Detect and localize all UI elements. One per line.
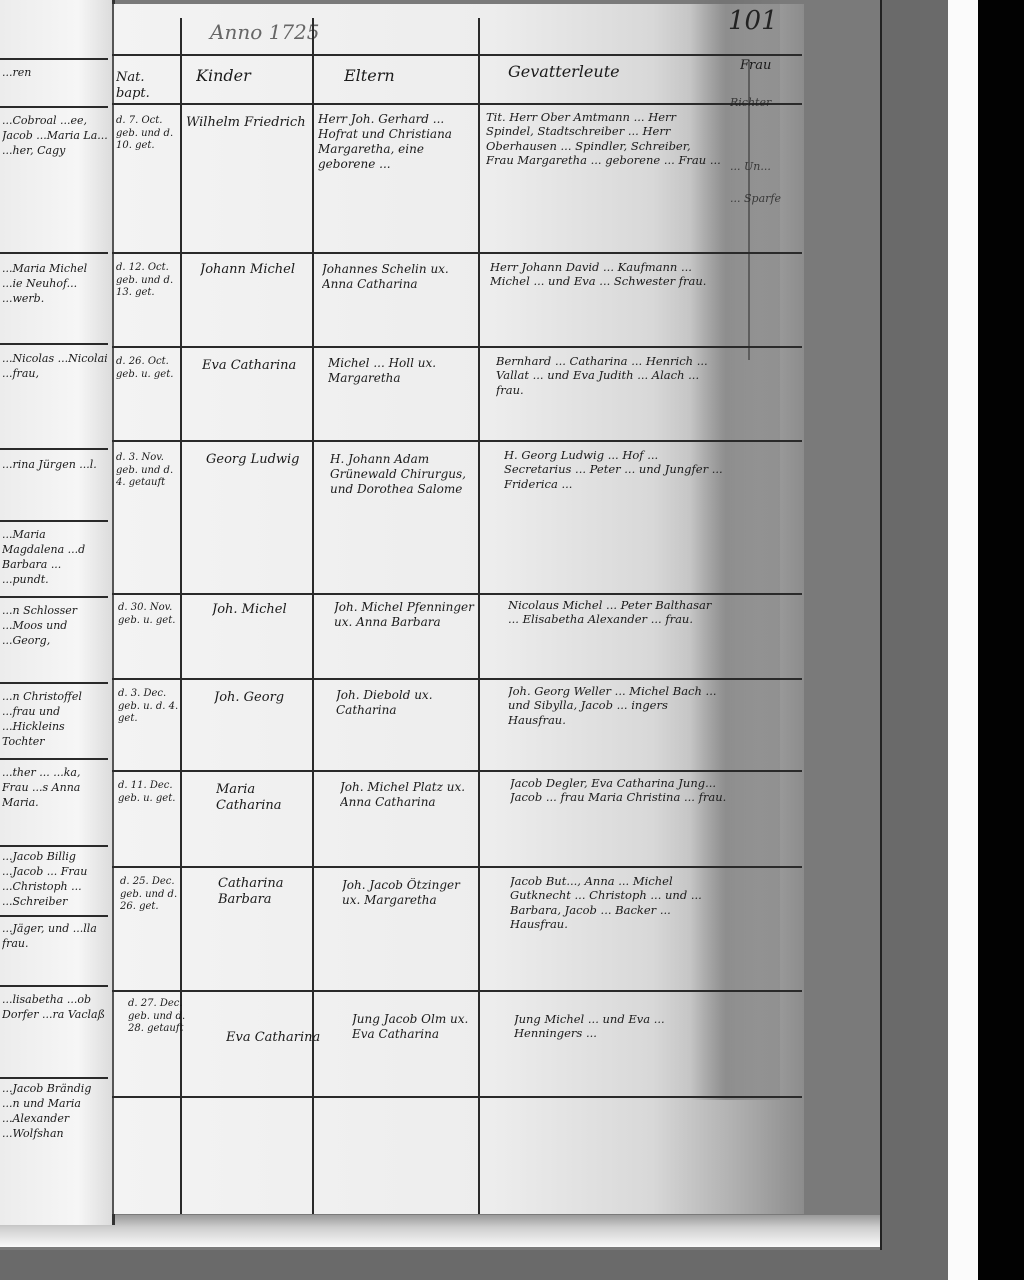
row-rule: [112, 990, 802, 992]
entry-child: Georg Ludwig: [206, 452, 310, 587]
entry-date: d. 11. Dec. geb. u. get.: [118, 780, 180, 862]
left-fragment: ...Jäger, und ...lla frau.: [2, 922, 110, 982]
entry-date: d. 3. Nov. geb. und d. 4. getauft: [116, 452, 178, 587]
row-rule: [112, 54, 802, 56]
entry-sponsors: Nicolaus Michel ... Peter Balthasar ... …: [508, 598, 726, 674]
left-fragment: ...Cobroal ...ee, Jacob ...Maria La... .…: [2, 114, 110, 244]
entry-parents: H. Johann Adam Grünewald Chirurgus, und …: [330, 452, 476, 587]
left-rule: [0, 520, 108, 522]
left-rule: [0, 985, 108, 987]
left-fragment: ...n Christoffel ...frau und ...Hicklein…: [2, 690, 110, 754]
row-rule: [112, 252, 802, 254]
right-fragment: ... Sparfe: [730, 192, 802, 222]
right-fragment: ... Un...: [730, 160, 802, 190]
left-rule: [0, 343, 108, 345]
left-fragment: ...n Schlosser ...Moos und ...Georg,: [2, 604, 110, 678]
left-fragment: ...lisabetha ...ob Dorfer ...ra Vaclaß: [2, 993, 110, 1073]
header-right-fragment: Frau: [740, 58, 800, 74]
left-rule: [0, 106, 108, 108]
entry-child: Johann Michel: [200, 262, 310, 342]
left-rule: [0, 252, 108, 254]
entry-sponsors: Tit. Herr Ober Amtmann ... Herr Spindel,…: [486, 110, 722, 248]
left-rule: [0, 596, 108, 598]
header-children: Kinder: [196, 66, 308, 86]
entry-child: Maria Catharina: [216, 782, 312, 862]
entry-parents: Michel ... Holl ux. Margaretha: [328, 356, 474, 436]
row-rule: [112, 346, 802, 348]
entry-parents: Herr Joh. Gerhard ... Hofrat und Christi…: [318, 112, 474, 247]
entry-sponsors: H. Georg Ludwig ... Hof ... Secretarius …: [504, 448, 726, 588]
scanner-edge-black: [978, 0, 1024, 1280]
row-rule: [112, 103, 802, 105]
entry-date: d. 26. Oct. geb. u. get.: [116, 356, 178, 436]
entry-parents: Johannes Schelin ux. Anna Catharina: [322, 262, 474, 342]
left-fragment: ...ther ... ...ka, Frau ...s Anna Maria.: [2, 766, 110, 840]
entry-child: Eva Catharina: [226, 1030, 322, 1090]
entry-parents: Joh. Diebold ux. Catharina: [336, 688, 476, 766]
entry-sponsors: Jacob Degler, Eva Catharina Jung... Jaco…: [510, 776, 728, 862]
left-fragment: ...ren: [2, 66, 110, 81]
header-sponsors: Gevatterleute: [508, 62, 728, 82]
left-rule: [0, 915, 108, 917]
left-rule: [0, 845, 108, 847]
row-rule: [112, 678, 802, 680]
header-date: Nat. bapt.: [116, 70, 178, 103]
entry-parents: Joh. Jacob Ötzinger ux. Margaretha: [342, 878, 480, 986]
left-fragment: ...Maria Magdalena ...d Barbara ... ...p…: [2, 528, 110, 592]
entry-date: d. 27. Dec. geb. und d. 28. getauft: [128, 998, 190, 1092]
entry-child: Joh. Michel: [212, 602, 310, 674]
left-fragment: ...Maria Michel ...ie Neuhof... ...werb.: [2, 262, 110, 340]
entry-child: Wilhelm Friedrich: [186, 115, 308, 245]
right-fragment: Richter: [730, 96, 802, 126]
left-page: ...ren ...Cobroal ...ee, Jacob ...Maria …: [0, 0, 115, 1225]
entry-date: d. 12. Oct. geb. und d. 13. get.: [116, 262, 178, 342]
entry-date: d. 30. Nov. geb. u. get.: [118, 602, 180, 674]
header-parents: Eltern: [344, 66, 474, 86]
left-rule: [0, 682, 108, 684]
row-rule: [112, 1096, 802, 1098]
left-rule: [0, 1077, 108, 1079]
entry-child: Joh. Georg: [214, 690, 310, 766]
left-rule: [0, 758, 108, 760]
entry-parents: Joh. Michel Platz ux. Anna Catharina: [340, 780, 478, 862]
entry-date: d. 7. Oct. geb. und d. 10. get.: [116, 115, 178, 245]
row-rule: [112, 593, 802, 595]
left-rule: [0, 448, 108, 450]
row-rule: [112, 866, 802, 868]
entry-sponsors: Bernhard ... Catharina ... Henrich ... V…: [496, 354, 724, 438]
entry-child: Catharina Barbara: [218, 876, 314, 986]
entry-date: d. 3. Dec. geb. u. d. 4. get.: [118, 688, 180, 766]
row-rule: [112, 770, 802, 772]
left-fragment: ...Jacob Brändig ...n und Maria ...Alexa…: [2, 1082, 110, 1172]
left-fragment: ...Nicolas ...Nicolai ...frau,: [2, 352, 110, 442]
entry-sponsors: Joh. Georg Weller ... Michel Bach ... un…: [508, 684, 728, 766]
year-heading: Anno 1725: [210, 20, 320, 44]
left-fragment: ...rina Jürgen ...l.: [2, 458, 110, 518]
page-number: 101: [728, 6, 778, 36]
entry-parents: Jung Jacob Olm ux. Eva Catharina: [352, 1012, 490, 1092]
entry-sponsors: Jung Michel ... und Eva ... Henningers .…: [514, 1012, 734, 1092]
entry-child: Eva Catharina: [202, 358, 310, 436]
scanner-edge-white: [948, 0, 978, 1280]
left-rule: [0, 58, 108, 60]
entry-date: d. 25. Dec. geb. und d. 26. get.: [120, 876, 182, 986]
row-rule: [112, 440, 802, 442]
entry-parents: Joh. Michel Pfenninger ux. Anna Barbara: [334, 600, 476, 674]
mount-bottom-edge: [0, 1215, 880, 1247]
entry-sponsors: Jacob But..., Anna ... Michel Gutknecht …: [510, 874, 730, 986]
left-fragment: ...Jacob Billig ...Jacob ... Frau ...Chr…: [2, 850, 110, 912]
entry-sponsors: Herr Johann David ... Kaufmann ... Miche…: [490, 260, 722, 342]
